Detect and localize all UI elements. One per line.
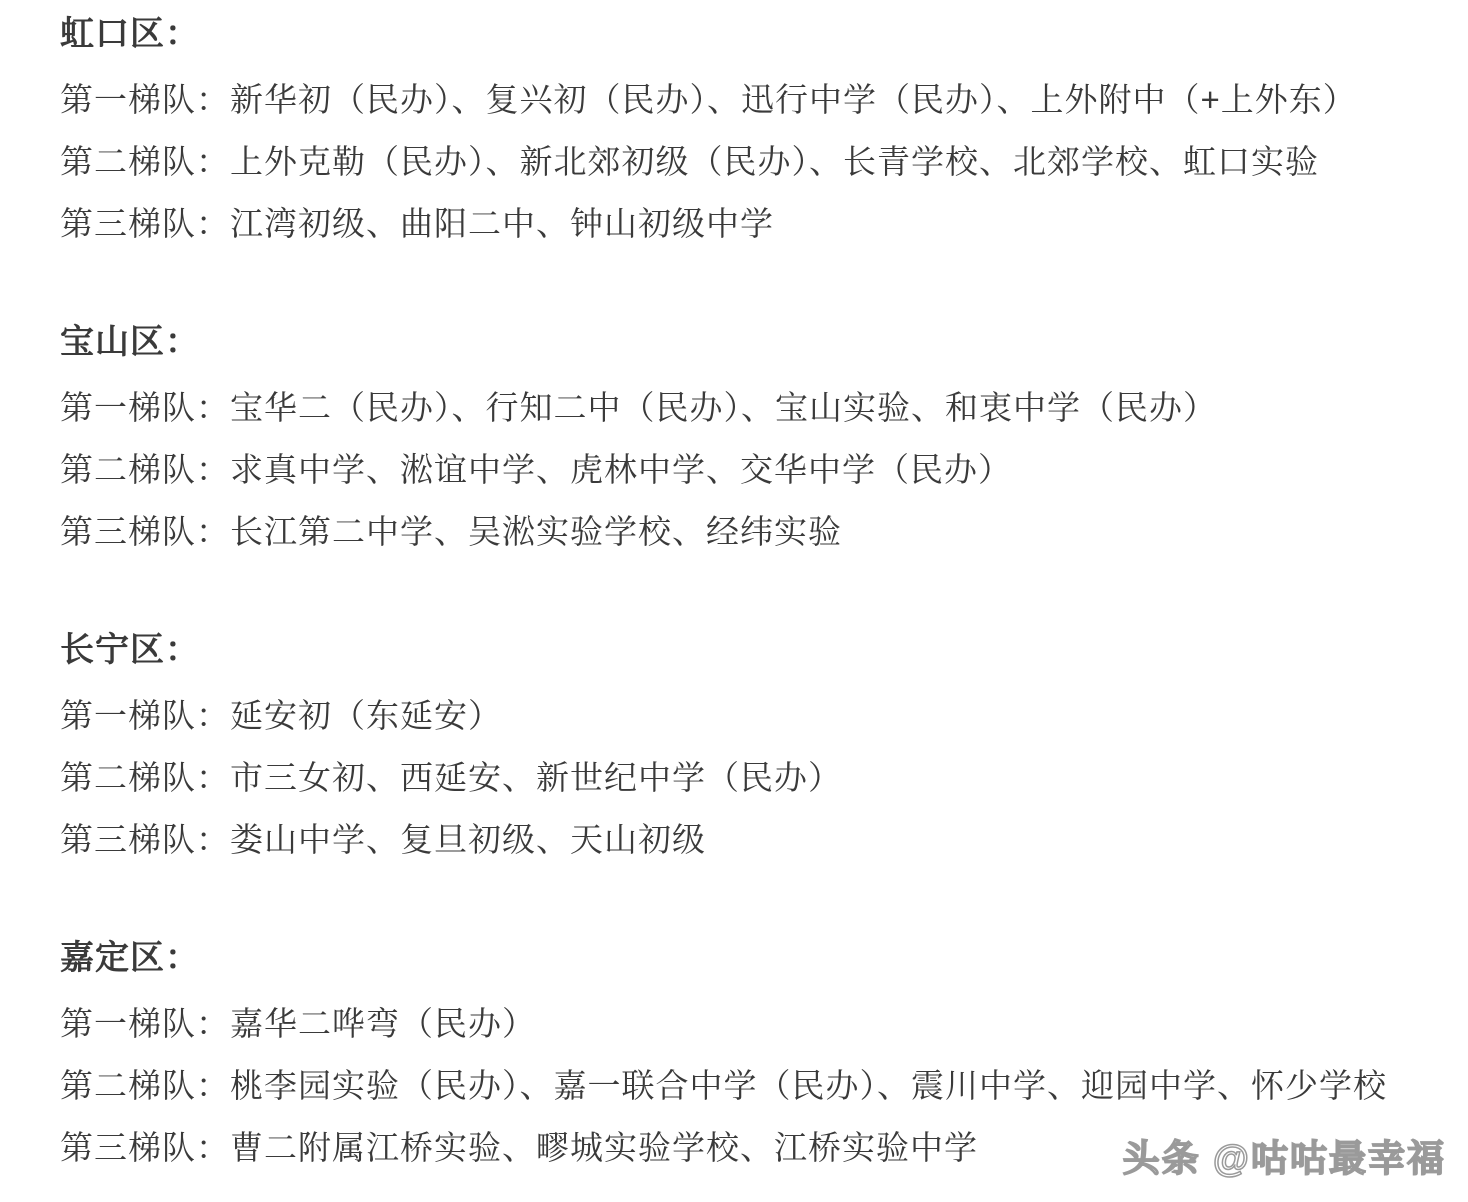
tier-row: 第一梯队：延安初（东延安） bbox=[60, 694, 1438, 738]
school-list: 上外克勒（民办）、新北郊初级（民办）、长青学校、北郊学校、虹口实验 bbox=[230, 143, 1319, 180]
section-hongkou: 虹口区： 第一梯队：新华初（民办）、复兴初（民办）、迅行中学（民办）、上外附中（… bbox=[60, 12, 1438, 246]
tier-label: 第三梯队： bbox=[60, 821, 230, 858]
school-list: 宝华二（民办）、行知二中（民办）、宝山实验、和衷中学（民办） bbox=[230, 389, 1217, 426]
school-list: 新华初（民办）、复兴初（民办）、迅行中学（民办）、上外附中（+上外东） bbox=[230, 81, 1357, 118]
tier-label: 第二梯队： bbox=[60, 1067, 230, 1104]
toutiao-watermark: 头条 @咕咕最幸福 bbox=[1123, 1128, 1446, 1182]
tier-row: 第一梯队：新华初（民办）、复兴初（民办）、迅行中学（民办）、上外附中（+上外东） bbox=[60, 78, 1438, 122]
tier-row: 第二梯队：桃李园实验（民办）、嘉一联合中学（民办）、震川中学、迎园中学、怀少学校 bbox=[60, 1064, 1438, 1108]
tier-label: 第一梯队： bbox=[60, 389, 230, 426]
tier-label: 第一梯队： bbox=[60, 697, 230, 734]
tier-label: 第一梯队： bbox=[60, 1005, 230, 1042]
tier-label: 第三梯队： bbox=[60, 1129, 230, 1166]
school-list: 求真中学、淞谊中学、虎林中学、交华中学（民办） bbox=[230, 451, 1012, 488]
tier-label: 第三梯队： bbox=[60, 205, 230, 242]
school-list: 娄山中学、复旦初级、天山初级 bbox=[230, 821, 706, 858]
school-list: 长江第二中学、吴淞实验学校、经纬实验 bbox=[230, 513, 842, 550]
tier-row: 第三梯队：江湾初级、曲阳二中、钟山初级中学 bbox=[60, 202, 1438, 246]
tier-row: 第二梯队：求真中学、淞谊中学、虎林中学、交华中学（民办） bbox=[60, 448, 1438, 492]
tier-label: 第二梯队： bbox=[60, 451, 230, 488]
school-list: 嘉华二哗弯（民办） bbox=[230, 1005, 536, 1042]
school-list: 延安初（东延安） bbox=[230, 697, 502, 734]
district-heading: 嘉定区： bbox=[60, 936, 1438, 980]
school-list: 江湾初级、曲阳二中、钟山初级中学 bbox=[230, 205, 774, 242]
tier-label: 第二梯队： bbox=[60, 759, 230, 796]
tier-row: 第一梯队：嘉华二哗弯（民办） bbox=[60, 1002, 1438, 1046]
district-heading: 宝山区： bbox=[60, 320, 1438, 364]
school-list: 市三女初、西延安、新世纪中学（民办） bbox=[230, 759, 842, 796]
tier-row: 第二梯队：上外克勒（民办）、新北郊初级（民办）、长青学校、北郊学校、虹口实验 bbox=[60, 140, 1438, 184]
school-list: 曹二附属江桥实验、疁城实验学校、江桥实验中学 bbox=[230, 1129, 978, 1166]
section-changning: 长宁区： 第一梯队：延安初（东延安） 第二梯队：市三女初、西延安、新世纪中学（民… bbox=[60, 628, 1438, 862]
tier-row: 第三梯队：娄山中学、复旦初级、天山初级 bbox=[60, 818, 1438, 862]
tier-row: 第一梯队：宝华二（民办）、行知二中（民办）、宝山实验、和衷中学（民办） bbox=[60, 386, 1438, 430]
section-baoshan: 宝山区： 第一梯队：宝华二（民办）、行知二中（民办）、宝山实验、和衷中学（民办）… bbox=[60, 320, 1438, 554]
district-heading: 虹口区： bbox=[60, 12, 1438, 56]
tier-label: 第二梯队： bbox=[60, 143, 230, 180]
tier-row: 第二梯队：市三女初、西延安、新世纪中学（民办） bbox=[60, 756, 1438, 800]
district-heading: 长宁区： bbox=[60, 628, 1438, 672]
tier-row: 第三梯队：长江第二中学、吴淞实验学校、经纬实验 bbox=[60, 510, 1438, 554]
tier-label: 第三梯队： bbox=[60, 513, 230, 550]
school-tier-document: 虹口区： 第一梯队：新华初（民办）、复兴初（民办）、迅行中学（民办）、上外附中（… bbox=[0, 0, 1468, 1202]
tier-label: 第一梯队： bbox=[60, 81, 230, 118]
school-list: 桃李园实验（民办）、嘉一联合中学（民办）、震川中学、迎园中学、怀少学校 bbox=[230, 1067, 1387, 1104]
